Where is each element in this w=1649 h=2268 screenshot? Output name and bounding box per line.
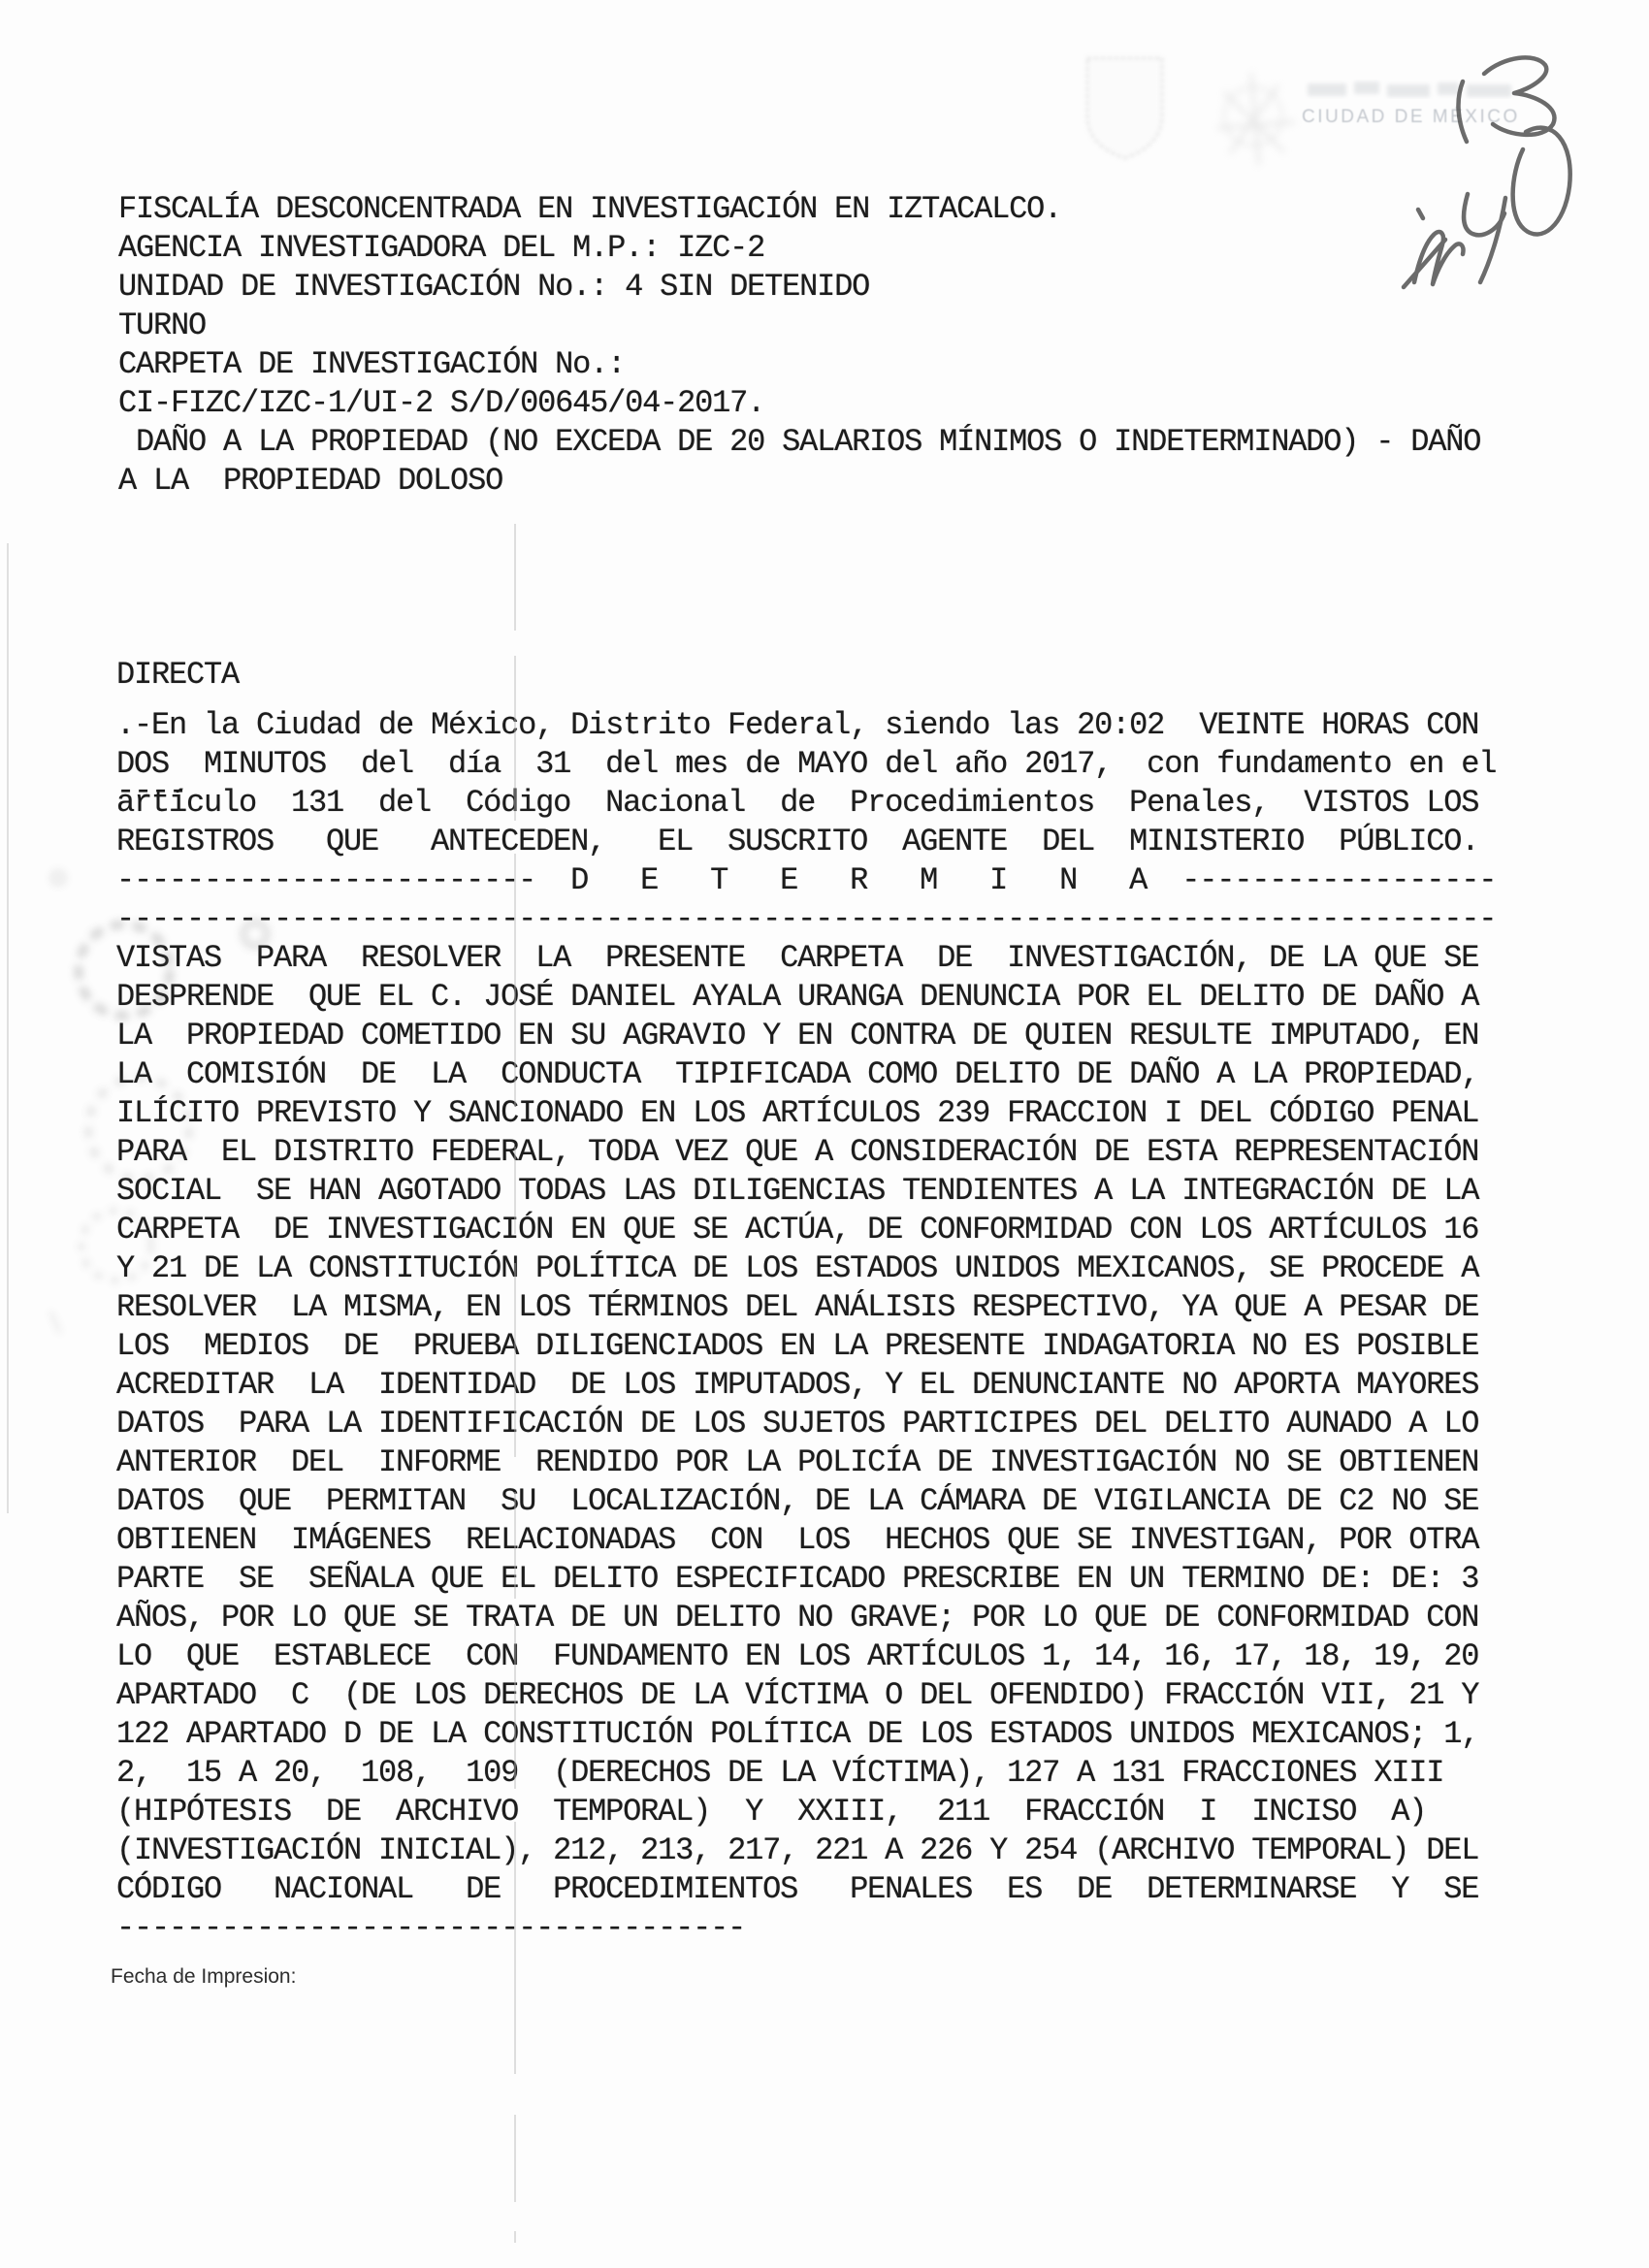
header-line: DAÑO A LA PROPIEDAD (NO EXCEDA DE 20 SAL…	[118, 423, 1480, 462]
body-line: ------------------------ D E T E R M I N…	[116, 861, 1496, 900]
body-line: PARTE SE SEÑALA QUE EL DELITO ESPECIFICA…	[116, 1560, 1496, 1599]
scanned-document-page: FISCALÍA DESCONCENTRADA EN INVESTIGACIÓN…	[0, 0, 1649, 2268]
body-line: APARTADO C (DE LOS DERECHOS DE LA VÍCTIM…	[116, 1676, 1496, 1715]
body-line: PARA EL DISTRITO FEDERAL, TODA VEZ QUE A…	[116, 1133, 1496, 1172]
body-line: ----------------------------------------…	[116, 900, 1496, 939]
body-line: DATOS PARA LA IDENTIFICACIÓN DE LOS SUJE…	[116, 1405, 1496, 1443]
body-line: LOS MEDIOS DE PRUEBA DILIGENCIADOS EN LA…	[116, 1327, 1496, 1366]
body-line: ------------------------------------	[116, 1909, 1496, 1948]
document-body: .-En la Ciudad de México, Distrito Feder…	[116, 706, 1496, 1948]
body-line: AÑOS, POR LO QUE SE TRATA DE UN DELITO N…	[116, 1599, 1496, 1637]
body-line: DESPRENDE QUE EL C. JOSÉ DANIEL AYALA UR…	[116, 978, 1496, 1017]
body-line: ANTERIOR DEL INFORME RENDIDO POR LA POLI…	[116, 1443, 1496, 1482]
body-line: DATOS QUE PERMITAN SU LOCALIZACIÓN, DE L…	[116, 1482, 1496, 1521]
header-line: A LA PROPIEDAD DOLOSO	[118, 462, 1480, 501]
body-line: 2, 15 A 20, 108, 109 (DERECHOS DE LA VÍC…	[116, 1754, 1496, 1793]
header-line: AGENCIA INVESTIGADORA DEL M.P.: IZC-2	[118, 229, 1480, 268]
print-date-label: Fecha de Impresion:	[111, 1965, 296, 1989]
body-line: REGISTROS QUE ANTECEDEN, EL SUSCRITO AGE…	[116, 823, 1496, 861]
body-line: OBTIENEN IMÁGENES RELACIONADAS CON LOS H…	[116, 1521, 1496, 1560]
body-line: LA PROPIEDAD COMETIDO EN SU AGRAVIO Y EN…	[116, 1017, 1496, 1055]
header-line: TURNO	[118, 307, 1480, 345]
header-line: FISCALÍA DESCONCENTRADA EN INVESTIGACIÓN…	[118, 190, 1480, 229]
header-line: CI-FIZC/IZC-1/UI-2 S/D/00645/04-2017.	[118, 384, 1480, 423]
body-line: artículo 131 del Código Nacional de Proc…	[116, 784, 1496, 823]
header-line: CARPETA DE INVESTIGACIÓN No.:	[118, 345, 1480, 384]
body-line: ILÍCITO PREVISTO Y SANCIONADO EN LOS ART…	[116, 1094, 1496, 1133]
document-header: FISCALÍA DESCONCENTRADA EN INVESTIGACIÓN…	[118, 190, 1480, 501]
body-line: LA COMISIÓN DE LA CONDUCTA TIPIFICADA CO…	[116, 1055, 1496, 1094]
body-line: .-En la Ciudad de México, Distrito Feder…	[116, 706, 1496, 745]
body-line: VISTAS PARA RESOLVER LA PRESENTE CARPETA…	[116, 939, 1496, 978]
stamp-emblem-icon	[1217, 73, 1295, 165]
header-line: UNIDAD DE INVESTIGACIÓN No.: 4 SIN DETEN…	[118, 268, 1480, 307]
body-line: LO QUE ESTABLECE CON FUNDAMENTO EN LOS A…	[116, 1637, 1496, 1676]
stamp-shield-icon	[1087, 58, 1162, 158]
body-line: ACREDITAR LA IDENTIDAD DE LOS IMPUTADOS,…	[116, 1366, 1496, 1405]
body-line: SOCIAL SE HAN AGOTADO TODAS LAS DILIGENC…	[116, 1172, 1496, 1211]
body-line: (HIPÓTESIS DE ARCHIVO TEMPORAL) Y XXIII,…	[116, 1793, 1496, 1831]
body-line: Y 21 DE LA CONSTITUCIÓN POLÍTICA DE LOS …	[116, 1249, 1496, 1288]
body-line: CÓDIGO NACIONAL DE PROCEDIMIENTOS PENALE…	[116, 1870, 1496, 1909]
body-line: (INVESTIGACIÓN INICIAL), 212, 213, 217, …	[116, 1831, 1496, 1870]
section-title: DIRECTA	[116, 656, 239, 695]
body-line: CARPETA DE INVESTIGACIÓN EN QUE SE ACTÚA…	[116, 1211, 1496, 1249]
stamp-text-fragments	[1308, 81, 1511, 97]
body-line: RESOLVER LA MISMA, EN LOS TÉRMINOS DEL A…	[116, 1288, 1496, 1327]
body-line: DOS MINUTOS del día 31 del mes de MAYO d…	[116, 745, 1496, 784]
stamp-text: CIUDAD DE MÉXICO	[1302, 107, 1520, 128]
body-line: 122 APARTADO D DE LA CONSTITUCIÓN POLÍTI…	[116, 1715, 1496, 1754]
